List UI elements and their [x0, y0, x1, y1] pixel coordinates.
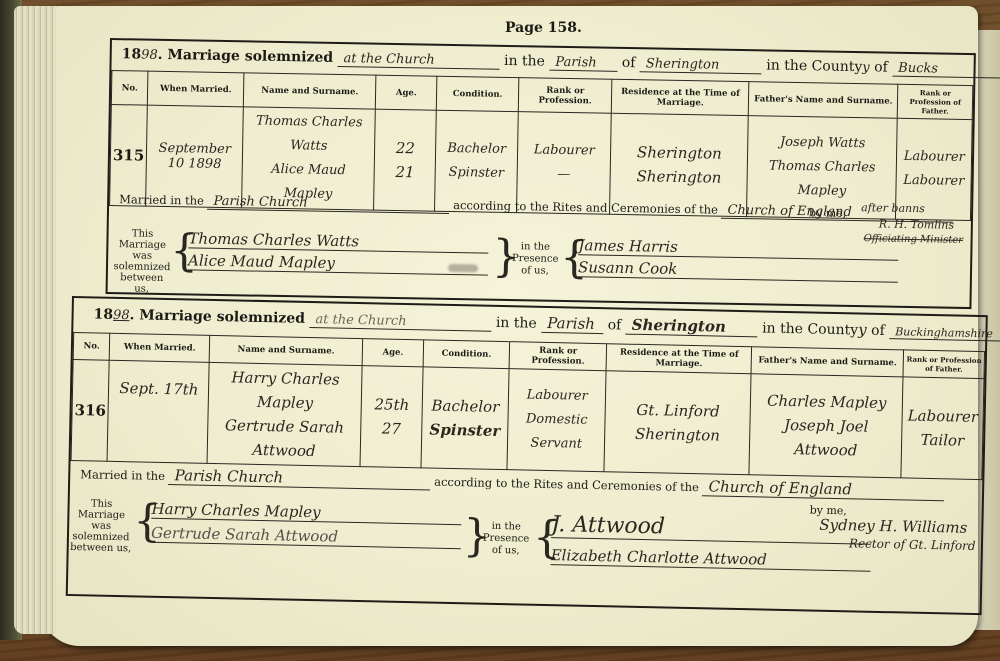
col-when-married: When Married. [148, 71, 244, 107]
solemnized-between-label: This Marriage was solemnized between us, [69, 498, 134, 554]
col-when-married: When Married. [109, 333, 210, 362]
groom-rank: Labourer [511, 383, 604, 409]
witness-1-signature: James Harris [578, 236, 898, 261]
col-father: Father's Name and Surname. [749, 82, 899, 119]
groom-father-rank: Labourer [899, 145, 969, 170]
parish-place: Sherington [640, 56, 762, 74]
rites: Church of England [702, 477, 944, 501]
col-no: No. [111, 71, 148, 106]
marriage-entry-316: 1898. Marriage solemnized at the Church … [66, 296, 988, 615]
page-number: Page 158. [505, 20, 582, 36]
of-label: of [871, 323, 885, 339]
groom-signature: Thomas Charles Watts [188, 229, 488, 253]
officiant-note: after banns [861, 201, 925, 215]
col-condition: Condition. [436, 76, 518, 111]
bride-signature: Alice Maud Mapley [188, 251, 488, 275]
col-name: Name and Surname. [243, 73, 376, 109]
groom-residence: Gt. Linford [608, 397, 748, 424]
entry-number: 315 [110, 105, 148, 207]
col-father-rank: Rank or Profession of Father. [898, 84, 973, 119]
label-line: This Marriage [69, 498, 133, 521]
col-residence: Residence at the Time of Marriage. [612, 79, 750, 115]
entry-number: 316 [71, 360, 109, 462]
groom-age: 22 [377, 136, 433, 161]
by-me-label: by me, [809, 206, 846, 220]
county-suffix: y [858, 320, 867, 338]
groom-father-rank: Labourer [905, 403, 981, 429]
bride-age: 21 [377, 160, 433, 185]
col-residence: Residence at the Time of Marriage. [606, 344, 751, 374]
married-in-place: Parish Church [207, 194, 449, 214]
label-line: of us, [481, 545, 531, 558]
label-line: Presence [510, 253, 560, 266]
bride-condition: Spinster [424, 417, 506, 443]
groom-age: 25th [364, 392, 421, 417]
of-label: of [607, 317, 621, 333]
bride-residence: Sherington [613, 164, 745, 190]
solemnized-label: . Marriage solemnized [129, 307, 305, 327]
table-row: 316 Sept. 17th Harry Charles MapleyGertr… [71, 360, 984, 480]
county-label: in the County [762, 320, 858, 338]
groom-condition: Bachelor [438, 137, 515, 162]
in-the-label: in the [504, 53, 545, 70]
label-line: of us, [510, 265, 560, 278]
solemnized-at: at the Church [337, 51, 499, 70]
year-prefix: 18 [93, 306, 113, 322]
register-table: No. When Married. Name and Surname. Age.… [71, 332, 986, 480]
county-suffix: y [862, 60, 870, 75]
col-rank: Rank or Profession. [509, 342, 607, 371]
of-label: of [622, 55, 636, 71]
groom-condition: Bachelor [425, 393, 507, 419]
label-line: This Marriage [112, 228, 172, 251]
when-married: Sept. 17th [107, 360, 209, 463]
married-in-place: Parish Church [168, 466, 430, 490]
col-age: Age. [362, 339, 424, 367]
bride-rank: — [520, 162, 609, 188]
bride-rank: Domestic Servant [510, 407, 603, 457]
witness-2-signature: Susann Cook [578, 258, 898, 283]
col-age: Age. [376, 75, 437, 110]
col-no: No. [73, 333, 110, 361]
district-type: Parish [549, 55, 617, 72]
county-name: Buckinghamshire [889, 325, 1000, 342]
groom-residence: Sherington [613, 140, 745, 166]
groom-father: Joseph Watts [750, 130, 895, 157]
officiant-name: R. H. Tomlins [879, 217, 954, 231]
year-prefix: 18 [122, 46, 142, 62]
witness-2-signature: Elizabeth Charlotte Attwood [550, 546, 870, 572]
label-line: between us, [112, 272, 172, 295]
groom-rank: Labourer [520, 138, 609, 164]
bride-father: Thomas Charles Mapley [750, 154, 895, 205]
col-condition: Condition. [423, 340, 510, 369]
col-rank: Rank or Profession. [518, 78, 612, 114]
solemnized-label: . Marriage solemnized [158, 47, 334, 66]
label-line: Presence [481, 533, 531, 546]
bride-father-rank: Labourer [899, 169, 969, 194]
label-line: in the [510, 241, 560, 254]
col-name: Name and Surname. [209, 335, 362, 365]
bride-signature: Gertrude Sarah Attwood [151, 524, 461, 549]
bride-name: Gertrude Sarah Attwood [210, 413, 359, 464]
presence-label: in the Presence of us, [481, 521, 532, 558]
label-line: in the [481, 521, 531, 534]
bride-condition: Spinster [438, 161, 515, 186]
groom-name: Thomas Charles Watts [245, 109, 373, 159]
col-father: Father's Name and Surname. [751, 347, 904, 377]
bride-residence: Sherington [607, 421, 747, 448]
of-label: of [874, 59, 888, 75]
according-to-label: according to the Rites and Ceremonies of… [434, 475, 699, 495]
groom-father: Charles Mapley [753, 388, 901, 415]
married-in-label: Married in the [80, 467, 165, 483]
page-edges [14, 6, 56, 634]
ink-smudge [448, 264, 478, 273]
married-in-label: Married in the [119, 192, 204, 207]
year-hand: 98 [113, 308, 130, 323]
label-line: between us, [69, 542, 133, 554]
col-father-rank: Rank or Profession of Father. [903, 350, 984, 379]
presence-label: in the Presence of us, [510, 241, 561, 278]
district-type: Parish [541, 314, 603, 334]
county-label: in the County [766, 57, 862, 75]
groom-signature: Harry Charles Mapley [151, 500, 461, 525]
bride-father-rank: Tailor [904, 427, 980, 453]
bride-father: Joseph Joel Attwood [752, 412, 900, 463]
bride-age: 27 [363, 416, 420, 441]
parish-place: Sherington [626, 316, 758, 338]
solemnized-between-label: This Marriage was solemnized between us, [112, 228, 173, 295]
year-hand: 98 [141, 48, 158, 63]
county-name: Bucks [892, 61, 1000, 79]
witness-1-signature: J. Attwood [551, 512, 871, 545]
in-the-label: in the [496, 315, 537, 332]
solemnized-at: at the Church [309, 312, 491, 332]
groom-name: Harry Charles Mapley [211, 365, 360, 416]
marriage-entry-315: 1898. Marriage solemnized at the Church … [106, 38, 976, 309]
